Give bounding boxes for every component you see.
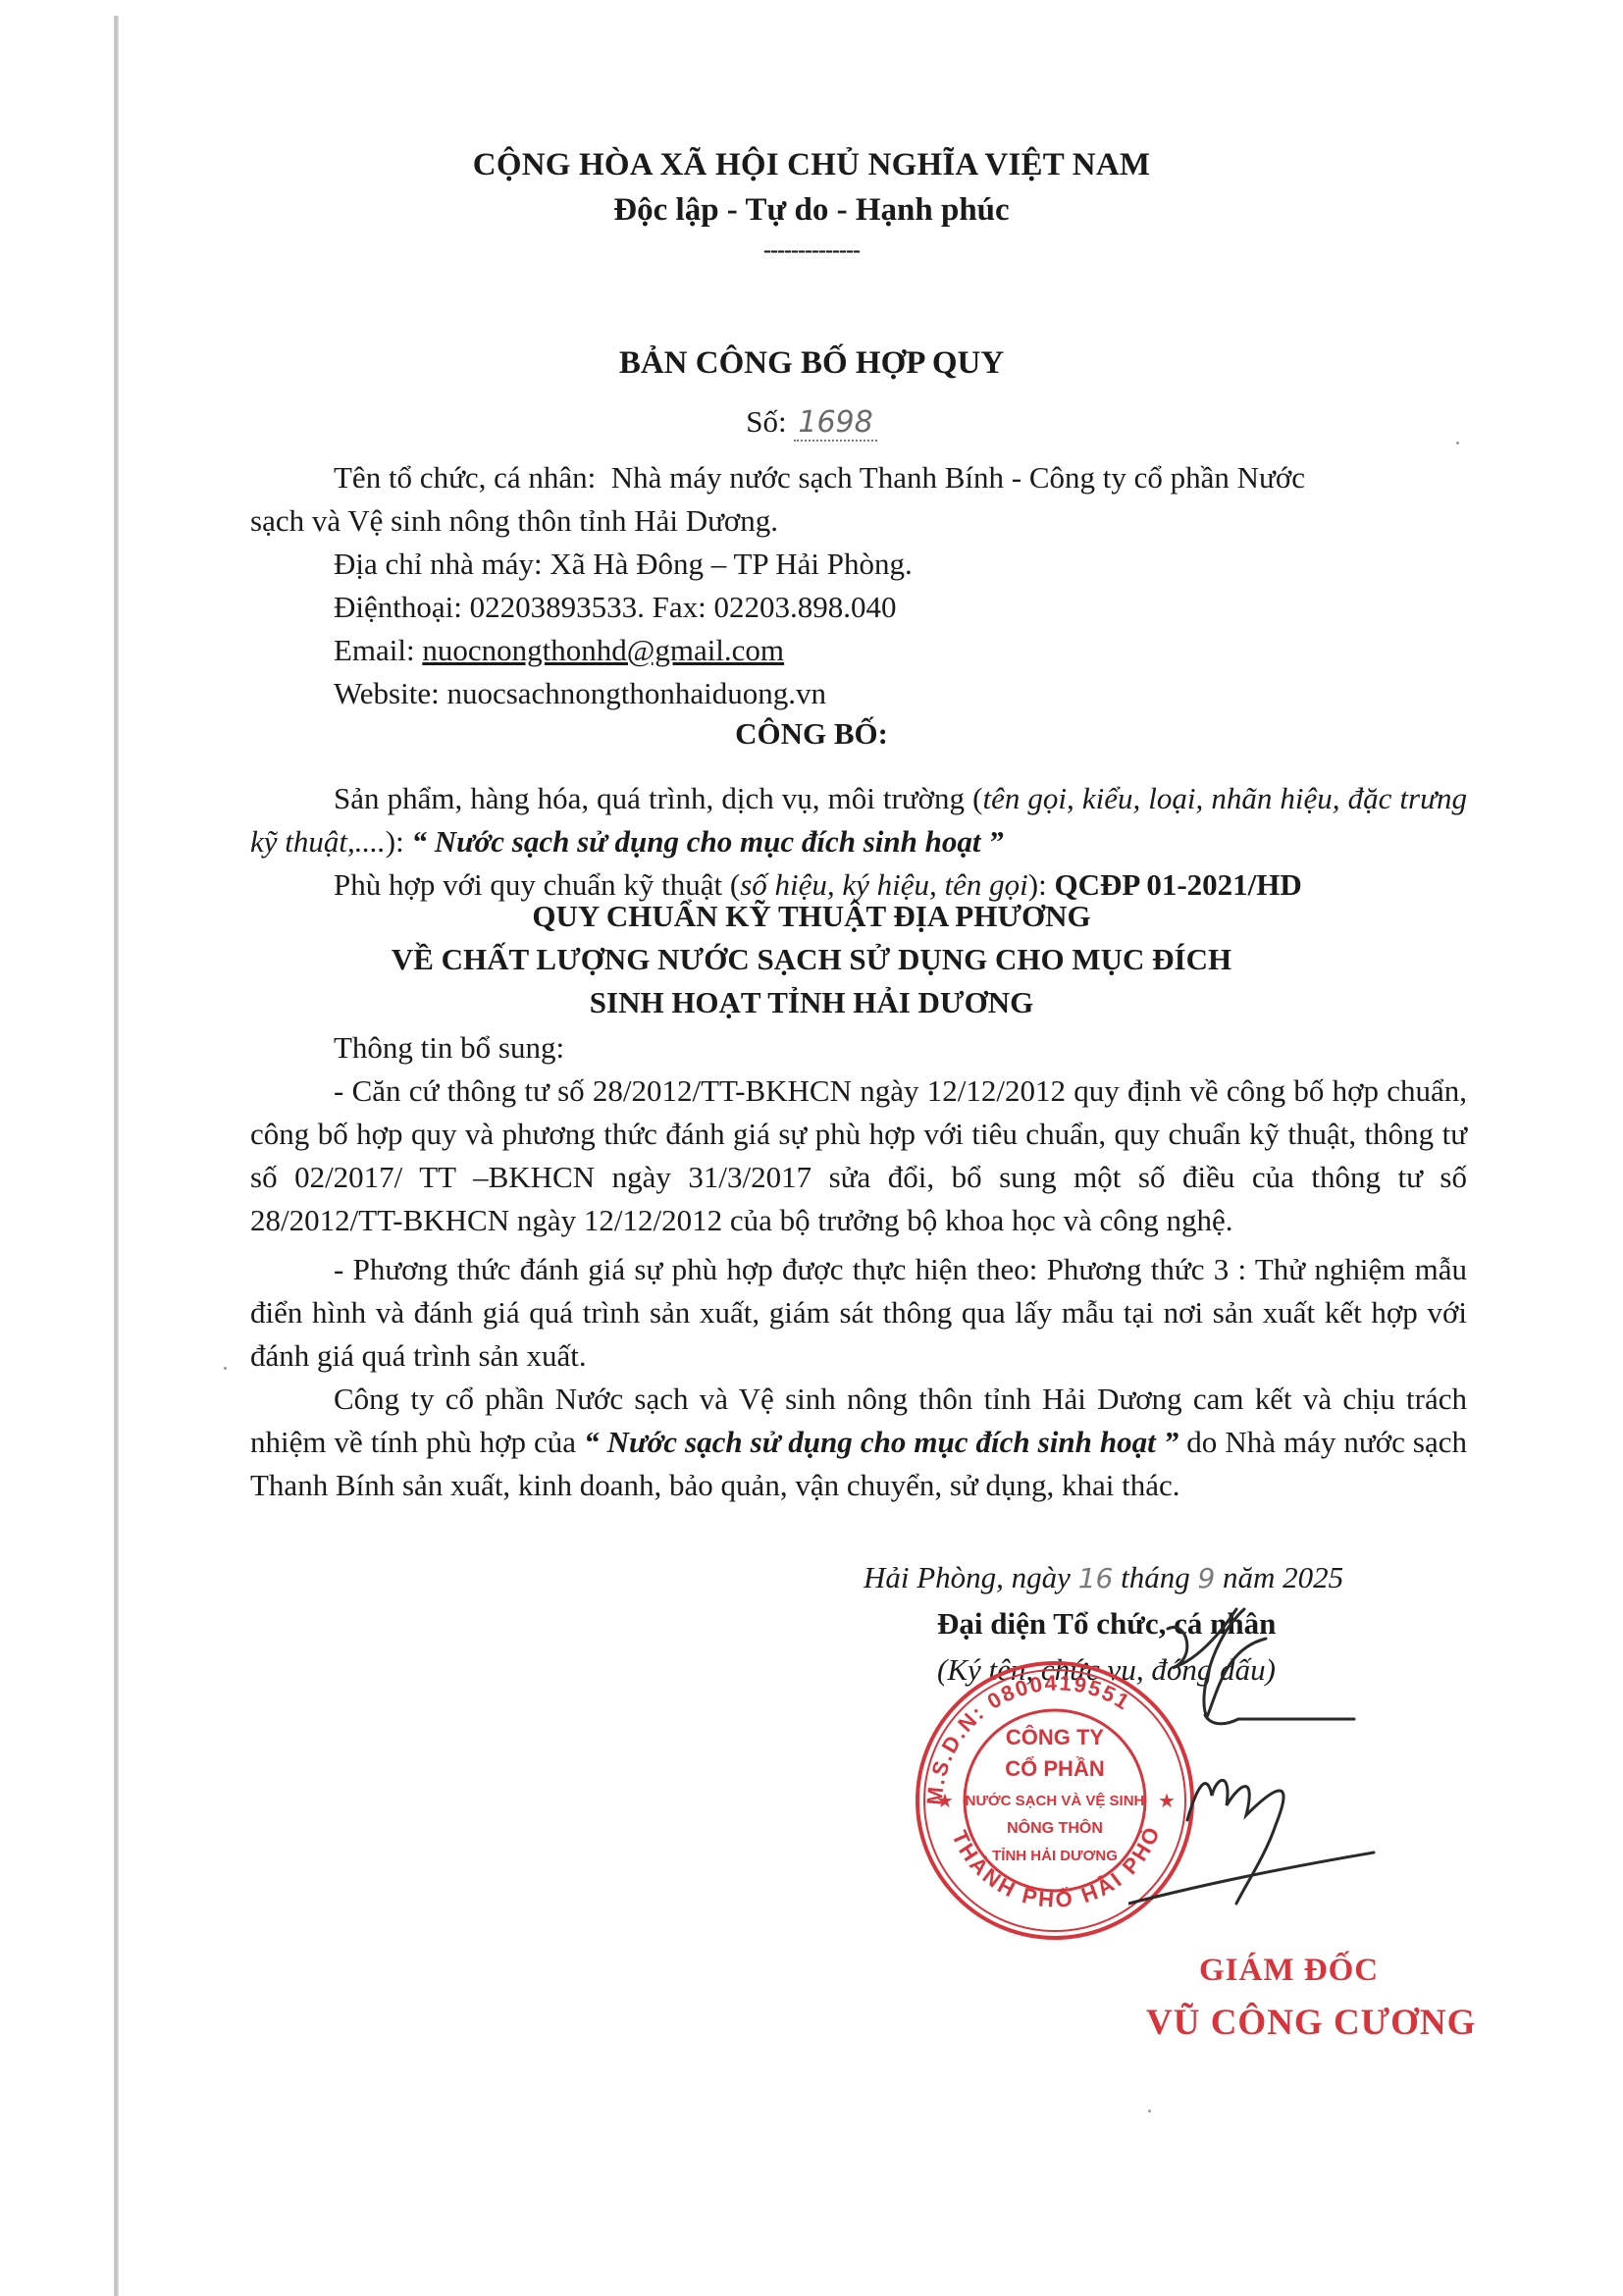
additional-label: Thông tin bổ sung:: [250, 1026, 1467, 1070]
commitment-product-name: “ Nước sạch sử dụng cho mục đích sinh ho…: [584, 1425, 1178, 1459]
factory-address: Địa chỉ nhà máy: Xã Hà Đông – TP Hải Phò…: [250, 543, 1467, 586]
date-day: 16: [1078, 1562, 1114, 1594]
place-date: Hải Phòng, ngày 16 tháng 9 năm 2025: [864, 1560, 1343, 1595]
product-intro: Sản phẩm, hàng hóa, quá trình, dịch vụ, …: [334, 781, 982, 815]
document-number: Số: 1698: [0, 404, 1623, 440]
product-line: Sản phẩm, hàng hóa, quá trình, dịch vụ, …: [250, 777, 1467, 863]
document-number-label: Số:: [746, 404, 786, 439]
declaration-product: Sản phẩm, hàng hóa, quá trình, dịch vụ, …: [250, 777, 1467, 907]
email-link[interactable]: nuocnongthonhd@gmail.com: [422, 633, 784, 667]
national-title: CỘNG HÒA XÃ HỘI CHỦ NGHĨA VIỆT NAM: [0, 147, 1623, 183]
declaration-heading: CÔNG BỐ:: [0, 716, 1623, 752]
date-month-label: tháng: [1121, 1560, 1190, 1594]
email-label: Email:: [334, 633, 415, 667]
svg-text:CỔ PHẦN: CỔ PHẦN: [1005, 1756, 1104, 1781]
signer-title: GIÁM ĐỐC: [1199, 1953, 1379, 1989]
document-number-value: 1698: [794, 405, 876, 442]
organization-name: Tên tổ chức, cá nhân: Nhà máy nước sạch …: [250, 456, 1467, 499]
organization-info: Tên tổ chức, cá nhân: Nhà máy nước sạch …: [250, 456, 1467, 715]
standard-title-2: VỀ CHẤT LƯỢNG NƯỚC SẠCH SỬ DỤNG CHO MỤC …: [0, 938, 1623, 981]
date-month: 9: [1197, 1562, 1215, 1594]
svg-text:NÔNG THÔN: NÔNG THÔN: [1007, 1818, 1103, 1837]
product-name: “ Nước sạch sử dụng cho mục đích sinh ho…: [411, 824, 1003, 859]
commitment: Công ty cổ phần Nước sạch và Vệ sinh nôn…: [250, 1378, 1467, 1507]
handwritten-signature-icon: [1128, 1599, 1501, 2011]
document-title: BẢN CÔNG BỐ HỢP QUY: [0, 345, 1623, 382]
product-attributes-1: tên gọi, kiểu, loại, nhãn: [982, 781, 1272, 815]
email-row: Email: nuocnongthonhd@gmail.com: [250, 629, 1467, 672]
standard-title-3: SINH HOẠT TỈNH HẢI DƯƠNG: [0, 981, 1623, 1024]
additional-info: Thông tin bổ sung: - Căn cứ thông tư số …: [250, 1026, 1467, 1507]
product-sep: ):: [386, 824, 412, 859]
standard-title-1: QUY CHUẨN KỸ THUẬT ĐỊA PHƯƠNG: [0, 895, 1623, 938]
header-divider: --------------: [0, 237, 1623, 264]
date-year: năm 2025: [1223, 1560, 1343, 1594]
place-date-prefix: Hải Phòng, ngày: [864, 1560, 1071, 1594]
svg-text:NƯỚC SẠCH VÀ VỆ SINH: NƯỚC SẠCH VÀ VỆ SINH: [966, 1792, 1145, 1809]
svg-text:CÔNG TY: CÔNG TY: [1006, 1725, 1105, 1749]
national-motto: Độc lập - Tự do - Hạnh phúc: [0, 192, 1623, 229]
organization-name-label: Tên tổ chức, cá nhân:: [334, 460, 596, 495]
svg-text:★: ★: [936, 1791, 954, 1812]
legal-basis: - Căn cứ thông tư số 28/2012/TT-BKHCN ng…: [250, 1070, 1467, 1242]
svg-text:TỈNH HẢI DƯƠNG: TỈNH HẢI DƯƠNG: [992, 1848, 1118, 1864]
organization-name-line1: Nhà máy nước sạch Thanh Bính - Công ty c…: [611, 460, 1305, 495]
signer-name: VŨ CÔNG CƯƠNG: [1146, 2002, 1476, 2044]
website: Website: nuocsachnongthonhaiduong.vn: [250, 672, 1467, 715]
phone-fax: Điệnthoại: 02203893533. Fax: 02203.898.0…: [250, 586, 1467, 629]
assessment-method: - Phương thức đánh giá sự phù hợp được t…: [250, 1248, 1467, 1378]
organization-name-line2: sạch và Vệ sinh nông thôn tỉnh Hải Dương…: [250, 499, 1467, 543]
